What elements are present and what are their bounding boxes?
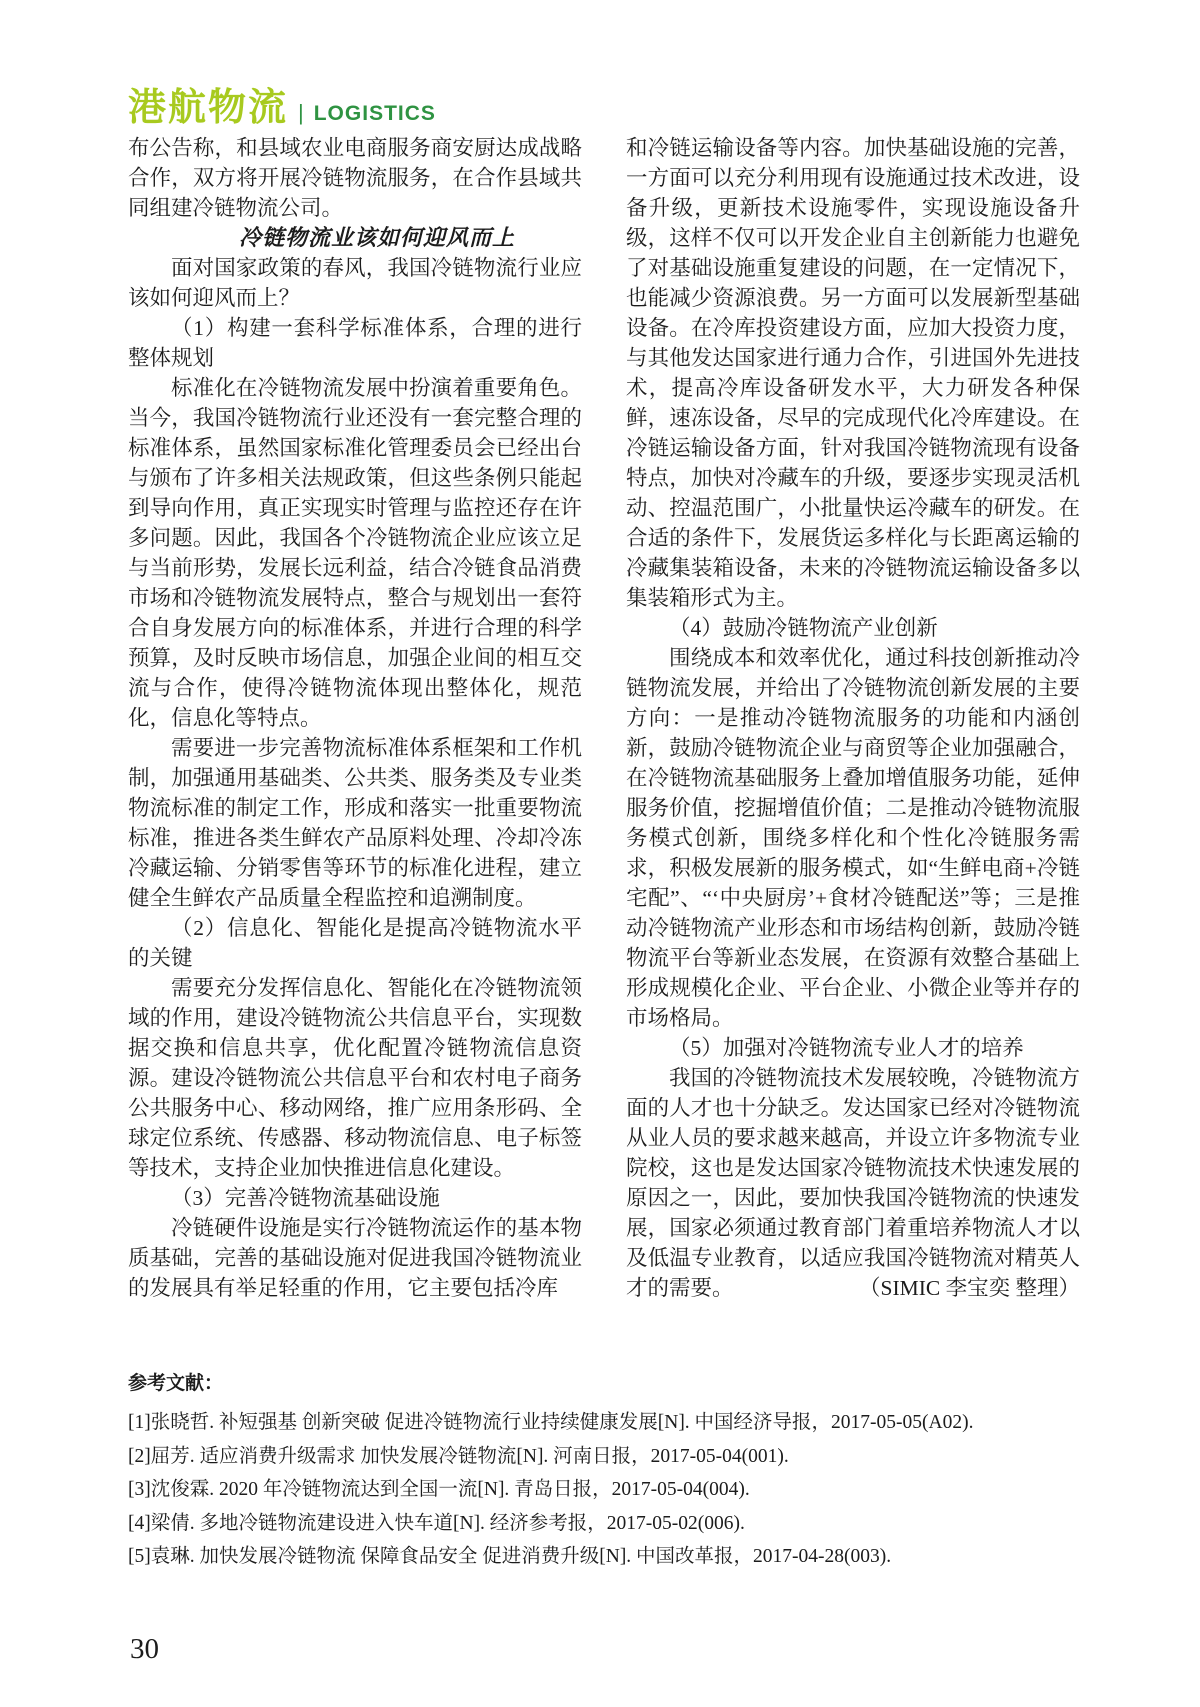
article-columns: 布公告称，和县域农业电商服务商安厨达成战略合作，双方将开展冷链物流服务，在合作县… <box>128 133 1080 1303</box>
paragraph-intro: 面对国家政策的春风，我国冷链物流行业应该如何迎风而上？ <box>128 253 582 313</box>
paragraph-continuation: 布公告称，和县域农业电商服务商安厨达成战略合作，双方将开展冷链物流服务，在合作县… <box>128 133 582 223</box>
article-section-heading: 冷链物流业该如何迎风而上 <box>128 223 582 253</box>
title-separator: | <box>298 100 304 126</box>
section-title-english: LOGISTICS <box>314 102 436 126</box>
reference-item: [4]梁倩. 多地冷链物流建设进入快车道[N]. 经济参考报，2017-05-0… <box>128 1507 1088 1541</box>
reference-item: [1]张晓哲. 补短强基 创新突破 促进冷链物流行业持续健康发展[N]. 中国经… <box>128 1406 1088 1440</box>
reference-item: [2]屈芳. 适应消费升级需求 加快发展冷链物流[N]. 河南日报，2017-0… <box>128 1440 1088 1474</box>
magazine-page: 港航物流 | LOGISTICS 布公告称，和县域农业电商服务商安厨达成战略合作… <box>0 0 1200 1707</box>
section-title-chinese: 港航物流 <box>128 76 288 131</box>
paragraph-infrastructure-start: 冷链硬件设施是实行冷链物流运作的基本物质基础，完善的基础设施对促进我国冷链物流业… <box>128 1213 582 1303</box>
references-section: 参考文献： [1]张晓哲. 补短强基 创新突破 促进冷链物流行业持续健康发展[N… <box>128 1372 1088 1574</box>
sub-heading-2: （2）信息化、智能化是提高冷链物流水平的关键 <box>128 913 582 973</box>
sub-heading-1: （1）构建一套科学标准体系，合理的进行整体规划 <box>128 313 582 373</box>
sub-heading-3: （3）完善冷链物流基础设施 <box>128 1183 582 1213</box>
paragraph-standards-2: 需要进一步完善物流标准体系框架和工作机制，加强通用基础类、公共类、服务类及专业类… <box>128 733 582 913</box>
reference-item: [5]袁琳. 加快发展冷链物流 保障食品安全 促进消费升级[N]. 中国改革报，… <box>128 1540 1088 1574</box>
page-number: 30 <box>130 1632 159 1666</box>
right-column: 和冷链运输设备等内容。加快基础设施的完善，一方面可以充分利用现有设施通过技术改进… <box>626 133 1080 1303</box>
paragraph-infrastructure-cont: 和冷链运输设备等内容。加快基础设施的完善，一方面可以充分利用现有设施通过技术改进… <box>626 133 1080 613</box>
left-column: 布公告称，和县域农业电商服务商安厨达成战略合作，双方将开展冷链物流服务，在合作县… <box>128 133 582 1303</box>
section-banner: 港航物流 | LOGISTICS <box>128 76 436 131</box>
sub-heading-5: （5）加强对冷链物流专业人才的培养 <box>626 1033 1080 1063</box>
sub-heading-4: （4）鼓励冷链物流产业创新 <box>626 613 1080 643</box>
references-heading: 参考文献： <box>128 1372 1088 1396</box>
paragraph-innovation: 围绕成本和效率优化，通过科技创新推动冷链物流发展，并给出了冷链物流创新发展的主要… <box>626 643 1080 1033</box>
paragraph-talent: 我国的冷链物流技术发展较晚，冷链物流方面的人才也十分缺乏。发达国家已经对冷链物流… <box>626 1063 1080 1303</box>
reference-item: [3]沈俊霖. 2020 年冷链物流达到全国一流[N]. 青岛日报，2017-0… <box>128 1473 1088 1507</box>
paragraph-standards-1: 标准化在冷链物流发展中扮演着重要角色。当今，我国冷链物流行业还没有一套完整合理的… <box>128 373 582 733</box>
paragraph-information: 需要充分发挥信息化、智能化在冷链物流领域的作用，建设冷链物流公共信息平台，实现数… <box>128 973 582 1183</box>
